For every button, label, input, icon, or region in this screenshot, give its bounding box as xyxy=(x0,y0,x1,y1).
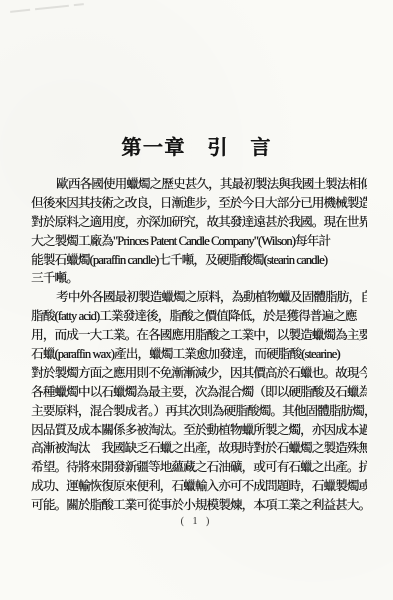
body-text: 歐西各國使用蠟燭之歷史甚久，其最初製法與我國土製法相似，但後來因其技術之改良，日… xyxy=(31,175,367,515)
watermark-mark xyxy=(74,3,84,6)
text-line: 歐西各國使用蠟燭之歷史甚久，其最初製法與我國土製法相似， xyxy=(31,175,367,194)
page-number: ( 1 ) xyxy=(0,516,393,527)
text-line: 石蠟(paraffin wax)產出，蠟燭工業愈加發達，而硬脂酸(stearin… xyxy=(31,345,367,364)
text-line: 三千噸。 xyxy=(31,269,367,288)
chapter-title: 第一章 引 言 xyxy=(0,131,393,160)
text-line: 能製石蠟燭(paraffin candle)七千噸，及硬脂酸燭(stearin … xyxy=(31,251,367,270)
text-line: 高漸被淘汰 我國缺乏石蠟之出產，故現時對於石蠟燭之製造殊無 xyxy=(31,439,367,458)
watermark-mark xyxy=(10,9,30,13)
text-line: 脂酸(fatty acid)工業發達後，脂酸之價值降低，於是獲得普遍之應 xyxy=(31,307,367,326)
text-line: 可能。關於脂酸工業可從事於小規模製煉，本項工業之利益甚大。除 xyxy=(31,496,367,515)
text-line: 對於製燭方面之應用則不免漸漸減少，因其價高於石蠟也。故現今 xyxy=(31,364,367,383)
text-line: 對於原料之適用度，亦深加研究，故其發達遠甚於我國。現在世界最 xyxy=(31,213,367,232)
text-line: 成功、運輸恢復原來便利，石蠟輸入亦可不成問題時，石蠟製燭或有 xyxy=(31,477,367,496)
text-line: 考中外各國最初製造蠟燭之原料，為動植物蠟及固體脂肪，自 xyxy=(31,288,367,307)
text-line: 各種蠟燭中以石蠟燭為最主要，次為混合燭（即以硬脂酸及石蠟為 xyxy=(31,383,367,402)
text-line: 用，而成一大工業。在各國應用脂酸之工業中，以製造蠟燭為主要。自 xyxy=(31,326,367,345)
text-line: 希望。待將來開發新疆等地蘊藏之石油礦，或可有石蠟之出產。抗戰 xyxy=(31,458,367,477)
text-line: 大之製燭工廠為"Princes Patent Candle Company"(W… xyxy=(31,232,367,251)
scan-watermark xyxy=(10,3,84,13)
watermark-mark xyxy=(35,5,69,11)
text-line: 主要原料，混合製成者。）再其次則為硬脂酸燭。其他固體脂肪燭，則 xyxy=(31,402,367,421)
text-line: 但後來因其技術之改良，日漸進步，至於今日大部分已用機械製造。 xyxy=(31,194,367,213)
text-line: 因品質及成本關係多被淘汰。至於動植物蠟所製之燭，亦因成本過 xyxy=(31,421,367,440)
book-page: 第一章 引 言 歐西各國使用蠟燭之歷史甚久，其最初製法與我國土製法相似，但後來因… xyxy=(0,0,393,600)
